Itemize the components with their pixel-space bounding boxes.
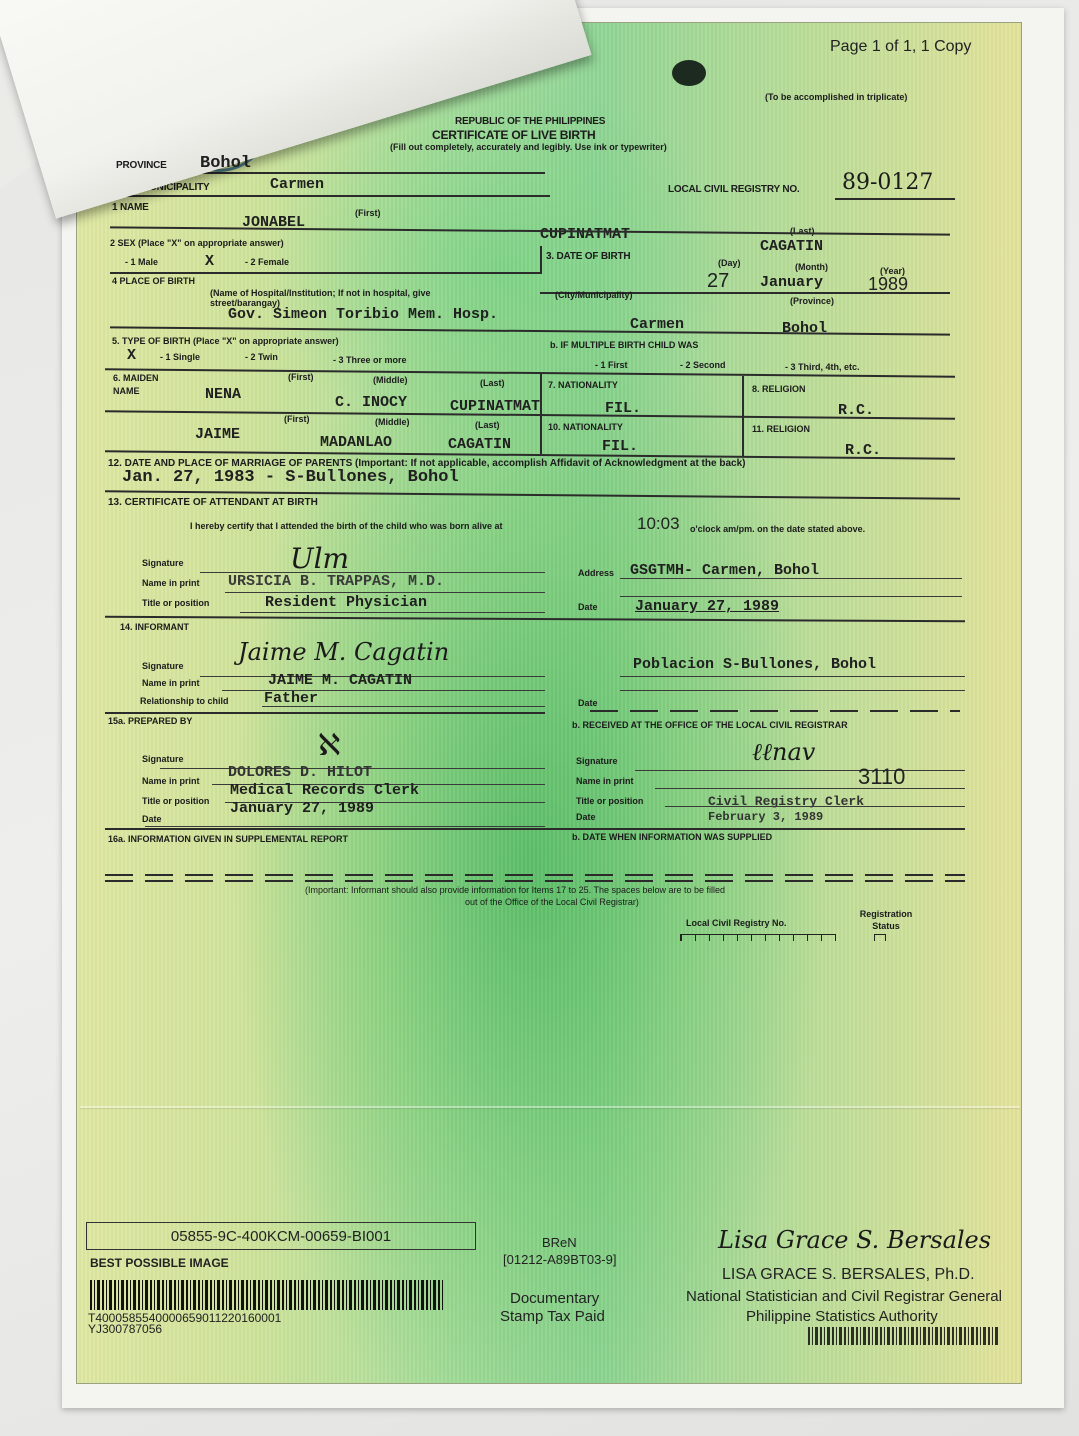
mother-nationality-label: 7. NATIONALITY [548, 380, 618, 390]
prepared-by-label: 15a. PREPARED BY [108, 716, 192, 726]
birth-type-twin[interactable]: - 2 Twin [245, 352, 278, 362]
father-last-name: CAGATIN [448, 436, 511, 453]
prepared-signature-icon: ℵ [318, 728, 340, 763]
informant-date-label: Date [578, 698, 598, 708]
city-value: Carmen [270, 176, 324, 193]
sex-mark: X [205, 253, 214, 270]
footer-note-line2: out of the Office of the Local Civil Reg… [465, 897, 639, 907]
city-sub-label: (City/Municipality) [555, 290, 633, 300]
supplemental-date-label: b. DATE WHEN INFORMATION WAS SUPPLIED [572, 832, 772, 842]
province-value: Bohol [200, 154, 251, 173]
first-label: (First) [355, 208, 381, 218]
sex-label: 2 SEX (Place "X" on appropriate answer) [110, 238, 284, 248]
day-label: (Day) [718, 258, 741, 268]
father-first-name: JAIME [195, 426, 240, 443]
triplicate-note: (To be accomplished in triplicate) [765, 92, 907, 102]
informant-relationship: Father [264, 690, 318, 707]
prepared-date-label: Date [142, 814, 162, 824]
mother-first-label: (First) [288, 372, 314, 382]
attendant-title-label: Title or position [142, 598, 209, 608]
birth-type-single[interactable]: - 1 Single [160, 352, 200, 362]
registrar-label: b. RECEIVED AT THE OFFICE OF THE LOCAL C… [572, 720, 848, 730]
prepared-name: DOLORES D. HILOT [228, 764, 372, 781]
signatory-name: LISA GRACE S. BERSALES, Ph.D. [722, 1266, 975, 1284]
informant-relationship-label: Relationship to child [140, 696, 229, 706]
signatory-title: National Statistician and Civil Registra… [686, 1288, 1002, 1305]
father-nationality-label: 10. NATIONALITY [548, 422, 623, 432]
attendant-name-label: Name in print [142, 578, 200, 588]
attendant-signature-label: Signature [142, 558, 184, 568]
registrar-signature-label: Signature [576, 756, 618, 766]
multiple-first[interactable]: - 1 First [595, 360, 628, 370]
prepared-signature-label: Signature [142, 754, 184, 764]
attendant-date: January 27, 1989 [635, 598, 779, 615]
republic-heading: REPUBLIC OF THE PHILIPPINES [455, 116, 605, 127]
stamp-tax-line2: Stamp Tax Paid [500, 1308, 605, 1325]
sex-male-option[interactable]: - 1 Male [125, 257, 158, 267]
child-middle-name: CUPINATMAT [540, 226, 630, 243]
father-first-label: (First) [284, 414, 310, 424]
registrar-title-label: Title or position [576, 796, 643, 806]
father-middle-name: MADANLAO [320, 434, 392, 451]
registry-no-label: LOCAL CIVIL REGISTRY NO. [668, 184, 800, 195]
child-last-name: CAGATIN [760, 238, 823, 255]
last-label: (Last) [790, 226, 815, 236]
agency-name: Philippine Statistics Authority [746, 1308, 938, 1325]
small-barcode-icon [808, 1327, 998, 1345]
attendant-date-label: Date [578, 602, 598, 612]
signatory-signature: Lisa Grace S. Bersales [718, 1226, 991, 1254]
barcode-text-2: YJ300787056 [88, 1322, 162, 1336]
certificate-subtitle: (Fill out completely, accurately and leg… [390, 142, 667, 152]
birth-time: 10:03 [637, 514, 680, 534]
fold-crease [80, 1106, 1020, 1108]
registrar-signature-icon: ℓℓnav [752, 738, 815, 767]
certify-text-a: I hereby certify that I attended the bir… [190, 521, 503, 531]
multiple-second[interactable]: - 2 Second [680, 360, 726, 370]
bren-value: [01212-A89BT03-9] [503, 1252, 616, 1267]
birth-month: January [760, 274, 823, 291]
mother-first-name: NENA [205, 386, 241, 403]
footer-note-line1: (Important: Informant should also provid… [305, 885, 725, 895]
status-box [874, 934, 886, 941]
attendant-label: 13. CERTIFICATE OF ATTENDANT AT BIRTH [108, 497, 318, 508]
barcode-icon [90, 1280, 445, 1310]
type-of-birth-mark: X [127, 347, 136, 364]
multiple-third[interactable]: - 3 Third, 4th, etc. [785, 362, 860, 372]
mother-label: 6. MAIDEN NAME [113, 372, 173, 398]
birth-day: 27 [707, 270, 729, 293]
marriage-value: Jan. 27, 1983 - S-Bullones, Bohol [122, 468, 459, 487]
mother-middle-name: C. INOCY [335, 394, 407, 411]
type-of-birth-label: 5. TYPE OF BIRTH (Place "X" on appropria… [112, 336, 339, 346]
sex-female-option[interactable]: - 2 Female [245, 257, 289, 267]
father-last-label: (Last) [475, 420, 500, 430]
supplemental-label: 16a. INFORMATION GIVEN IN SUPPLEMENTAL R… [108, 834, 348, 844]
registrar-name: 3110 [858, 764, 905, 790]
certify-text-b: o'clock am/pm. on the date stated above. [690, 524, 865, 534]
place-of-birth-hint: (Name of Hospital/Institution; If not in… [210, 288, 440, 308]
stamp-tax-line1: Documentary [510, 1290, 599, 1307]
prepared-title: Medical Records Clerk [230, 782, 419, 799]
dob-label: 3. DATE OF BIRTH [546, 251, 630, 262]
bren-label: BReN [542, 1235, 577, 1250]
place-of-birth-label: 4 PLACE OF BIRTH [112, 276, 195, 286]
best-possible-image: BEST POSSIBLE IMAGE [90, 1256, 229, 1270]
place-of-birth-value: Gov. Simeon Toribio Mem. Hosp. [228, 306, 498, 323]
prepared-name-label: Name in print [142, 776, 200, 786]
informant-signature-label: Signature [142, 661, 184, 671]
prepared-date: January 27, 1989 [230, 800, 374, 817]
province-sub-label: (Province) [790, 296, 834, 306]
attendant-address: GSGTMH- Carmen, Bohol [630, 562, 819, 579]
month-label: (Month) [795, 262, 828, 272]
punch-hole [672, 60, 706, 86]
control-number: 05855-9C-400KCM-00659-BI001 [86, 1222, 476, 1250]
registry-box-label: Local Civil Registry No. [686, 918, 787, 928]
informant-label: 14. INFORMANT [120, 622, 189, 632]
registry-number-boxes [680, 934, 836, 941]
registrar-date-label: Date [576, 812, 596, 822]
attendant-name: URSICIA B. TRAPPAS, M.D. [228, 573, 444, 590]
registry-no-value: 89-0127 [842, 170, 933, 195]
informant-name: JAIME M. CAGATIN [268, 672, 412, 689]
registration-status-label: Registration Status [850, 908, 922, 932]
mother-last-label: (Last) [480, 378, 505, 388]
attendant-address-label: Address [578, 568, 614, 578]
registrar-name-label: Name in print [576, 776, 634, 786]
mother-middle-label: (Middle) [373, 375, 408, 385]
multiple-birth-label: b. IF MULTIPLE BIRTH CHILD WAS [550, 340, 698, 350]
informant-signature: Jaime M. Cagatin [238, 638, 449, 666]
registrar-date: February 3, 1989 [708, 810, 823, 824]
province-label: PROVINCE [116, 160, 167, 171]
father-religion-label: 11. RELIGION [752, 424, 810, 434]
page-info: Page 1 of 1, 1 Copy [830, 38, 971, 56]
attendant-signature: Ulm [290, 542, 349, 575]
informant-address: Poblacion S-Bullones, Bohol [633, 656, 876, 673]
birth-type-three-or-more[interactable]: - 3 Three or more [333, 355, 407, 365]
father-nationality: FIL. [602, 438, 638, 455]
attendant-title: Resident Physician [265, 594, 427, 611]
father-middle-label: (Middle) [375, 417, 410, 427]
informant-name-label: Name in print [142, 678, 200, 688]
child-name-label: 1 NAME [112, 202, 149, 213]
prepared-title-label: Title or position [142, 796, 209, 806]
certificate-title: CERTIFICATE OF LIVE BIRTH [432, 128, 595, 142]
mother-religion-label: 8. RELIGION [752, 384, 806, 394]
